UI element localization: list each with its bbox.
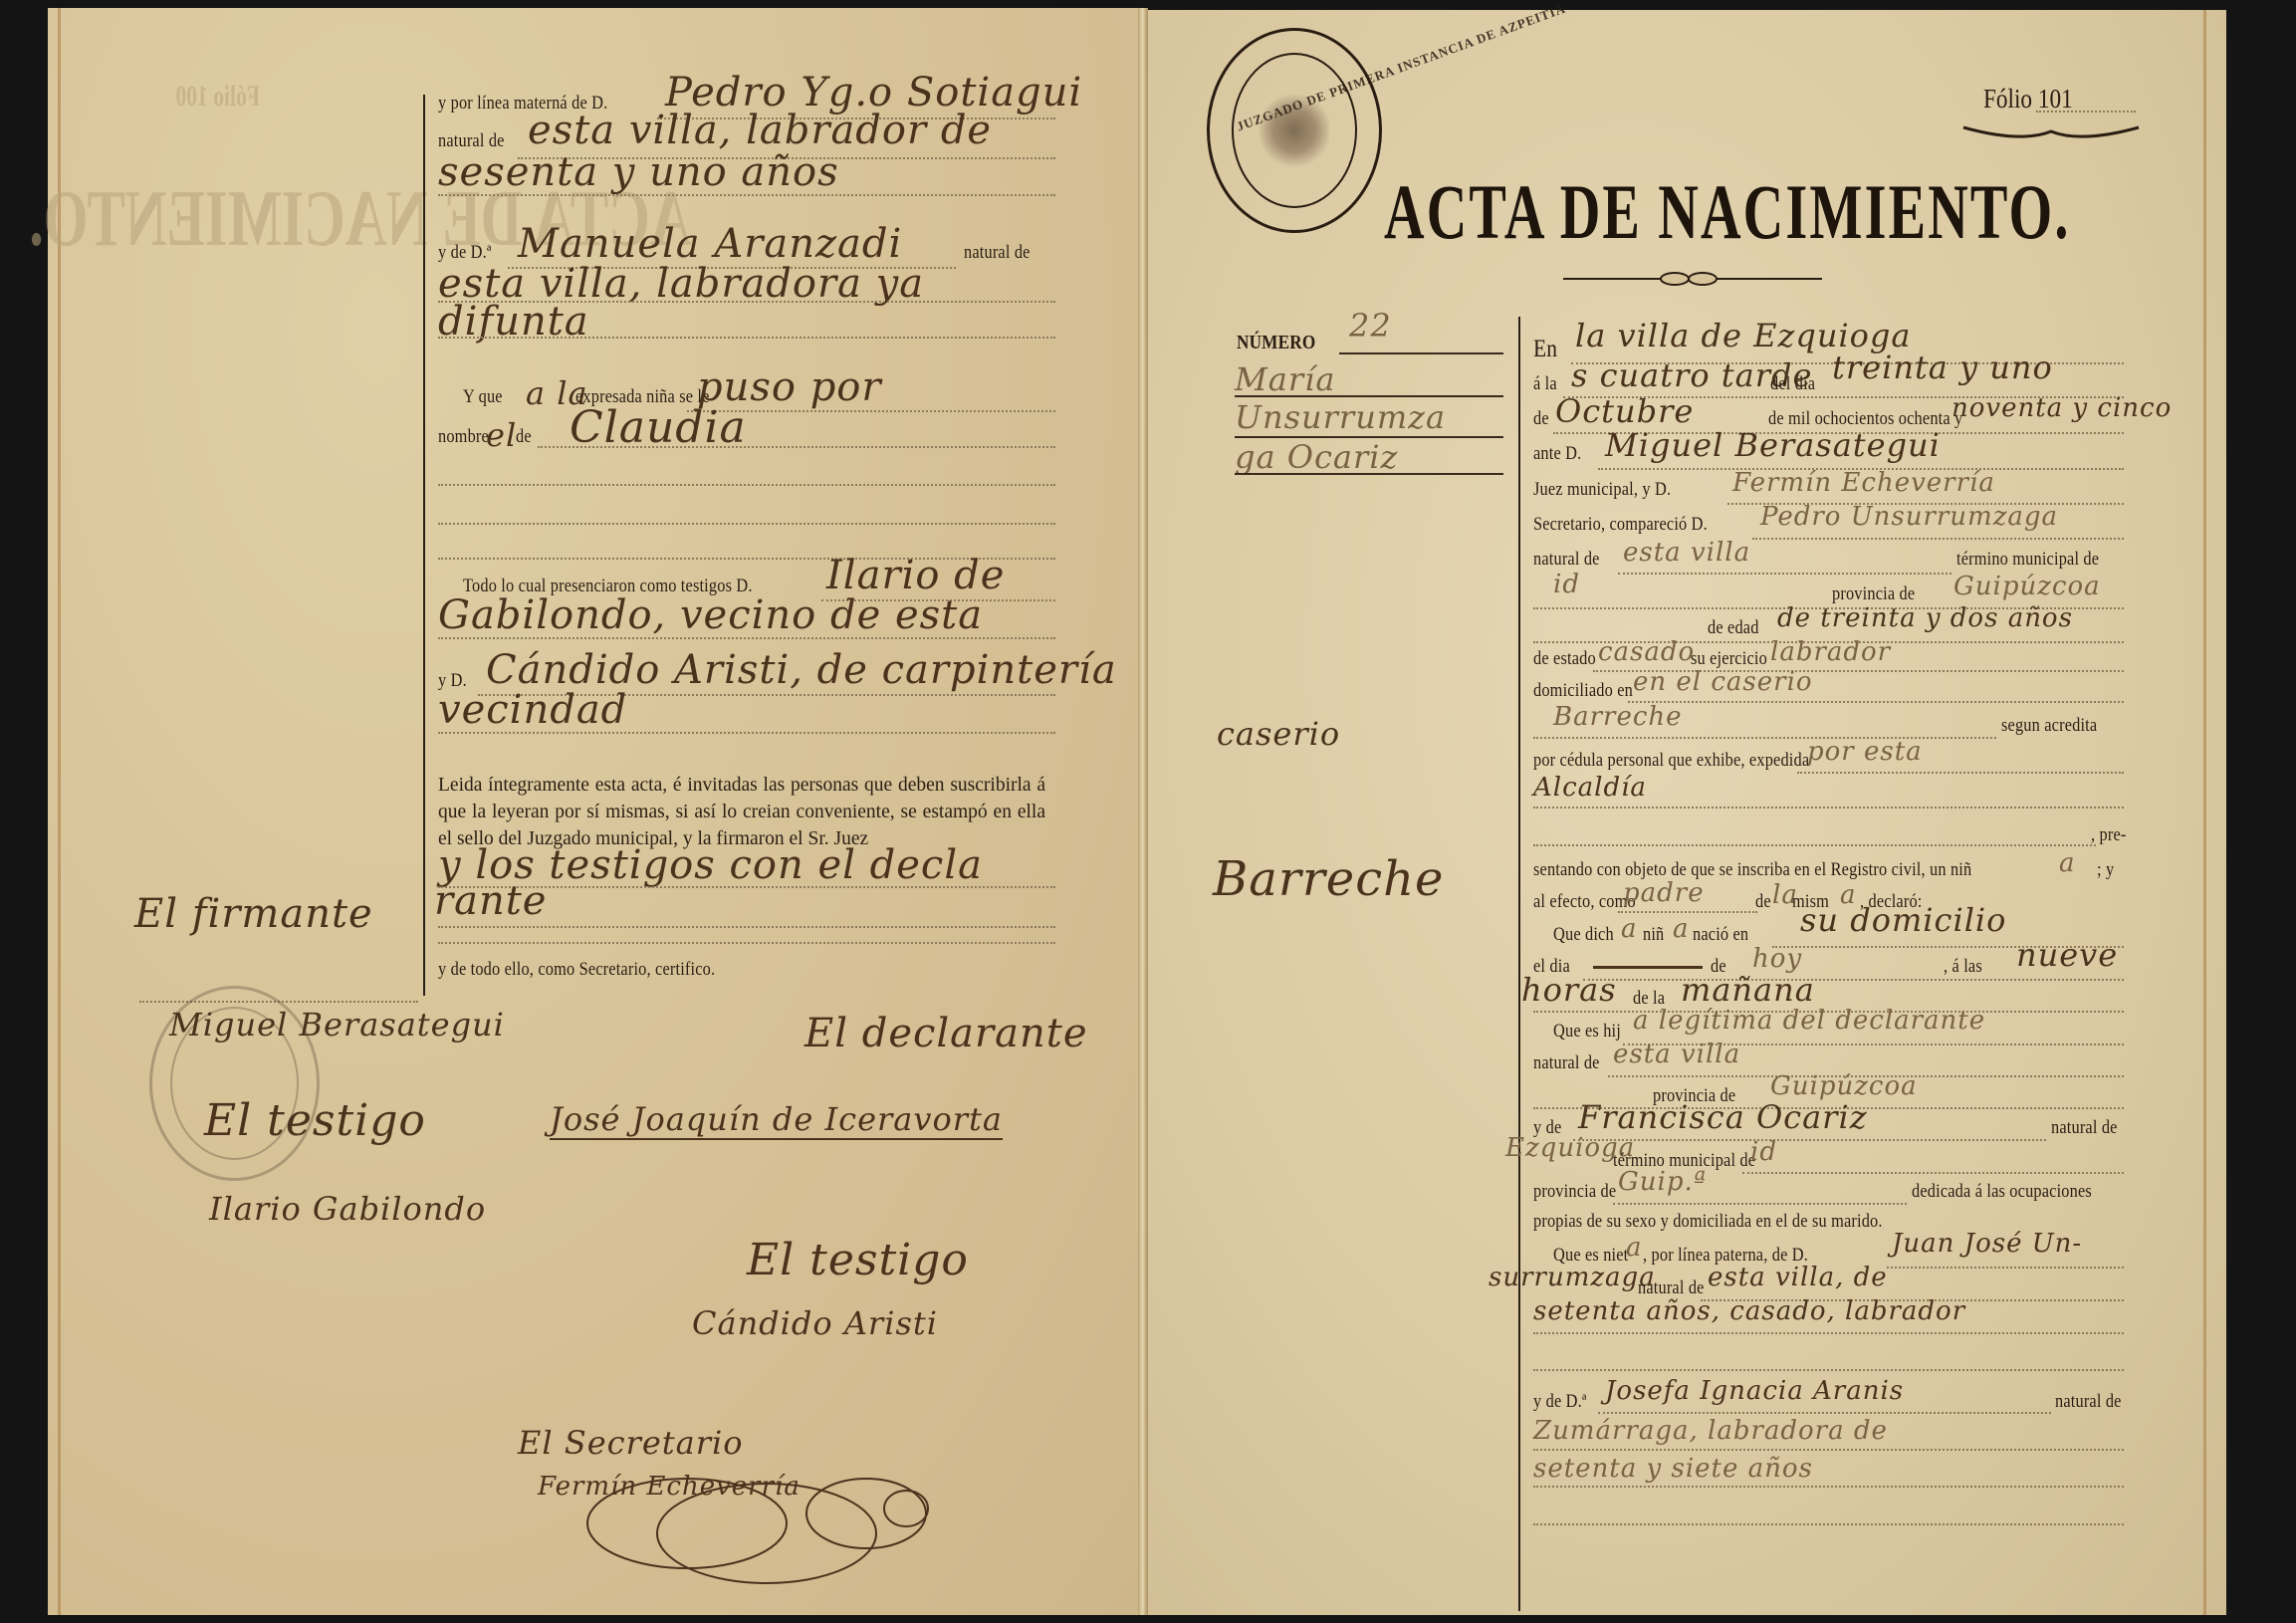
hours-word: horas (1521, 971, 1617, 1009)
label-termino: término municipal de (1956, 549, 2099, 571)
dotted-line (1533, 1486, 2124, 1488)
dotted-line (438, 926, 1055, 928)
label-al-efecto: al efecto, como (1533, 891, 1636, 913)
underline (1235, 395, 1503, 397)
label-numero: NÚMERO (1237, 332, 1315, 354)
dotted-line (1533, 1369, 2124, 1371)
hour-of-birth: nueve (2016, 936, 2118, 974)
dotted-line (438, 732, 1055, 734)
underline (1339, 352, 1503, 354)
dotted-line (2036, 111, 2136, 113)
label-dedicada: dedicada á las ocupaciones (1912, 1181, 2092, 1203)
dotted-line (1742, 1172, 2124, 1174)
month-value: Octubre (1555, 392, 1694, 430)
mother-province: Guip.ª (1618, 1167, 1707, 1197)
dotted-line (438, 194, 1055, 196)
marital-status: casado (1598, 637, 1695, 667)
label-natural: natural de (1533, 1052, 1600, 1074)
label-segun-acredita: segun acredita (2001, 715, 2097, 737)
time-of-day: mañana (1681, 971, 1815, 1009)
label-nin: niñ (1643, 924, 1664, 946)
paternal-grandfather-surname: surrumzaga (1489, 1263, 1656, 1292)
secretary-name: Fermín Echeverría (1732, 468, 1995, 498)
label-en: En (1533, 336, 1557, 363)
witness-name-2: Ilario Gabilondo (209, 1190, 486, 1228)
dotted-line (1533, 1523, 2124, 1525)
margin-signature: El firmante (134, 891, 373, 937)
dotted-line (1613, 1203, 1907, 1205)
document-title: ACTA DE NACIMIENTO. (1384, 167, 2071, 257)
label-provincia: provincia de (1533, 1181, 1616, 1203)
gender-suffix: a (2059, 848, 2076, 878)
column-rule (423, 95, 425, 996)
father-province: Guipúzcoa (1770, 1071, 1918, 1101)
municipality-value: id (1553, 570, 1580, 599)
dotted-line (1533, 1449, 2124, 1451)
label-natural-de: natural de (2055, 1391, 2122, 1413)
occupation: labrador (1770, 637, 1891, 667)
dotted-line (1533, 807, 2124, 809)
father-origin: esta villa (1613, 1040, 1740, 1069)
domicile-value: en el caserio (1633, 667, 1813, 697)
book-gutter (1138, 8, 1148, 1615)
label-domiciliado: domiciliado en (1533, 680, 1633, 702)
mother-name: Francisca Ocariz (1578, 1098, 1868, 1136)
label-nacio-en: nació en (1693, 924, 1748, 946)
declarant-name: Pedro Unsurrumzaga (1760, 502, 2058, 532)
label-de: de (1533, 408, 1549, 430)
paternal-grandfather-details: setenta años, casado, labrador (1533, 1296, 1965, 1326)
judge-name: Miguel Berasategui (1605, 426, 1941, 464)
mother-municipality: id (1750, 1137, 1777, 1167)
witness-signature-1: José Joaquín de Iceravorta (550, 1100, 1003, 1140)
paternal-grandmother: Josefa Ignacia Aranis (1605, 1376, 1904, 1406)
maternal-grandfather-origin: esta villa, labrador de (528, 108, 992, 153)
dotted-line (438, 337, 1055, 339)
dotted-line (1533, 844, 2096, 846)
paternal-grandfather-origin: esta villa, de (1708, 1263, 1888, 1292)
margin-note-barreche: Barreche (1213, 851, 1444, 907)
gender-suffix: a (1673, 914, 1690, 944)
label-presentando: sentando con objeto de que se inscriba e… (1533, 859, 1971, 881)
dotted-line (1752, 538, 2124, 540)
column-rule (1518, 317, 1520, 1611)
label-edad: de edad (1708, 617, 1759, 639)
age-value: de treinta y dos años (1777, 603, 2073, 633)
witness1-surname: Gabilondo, vecino de esta (438, 592, 983, 638)
child-name-line-2: Unsurrumza (1235, 398, 1446, 436)
label-secretario: Secretario, compareció D. (1533, 514, 1708, 536)
paternal-grandmother-origin: Zumárraga, labradora de (1533, 1416, 1888, 1446)
label-nombre: nombre (438, 426, 489, 448)
label-y-que: Y que (463, 386, 503, 408)
paternal-grandfather: Juan José Un- (1892, 1229, 2082, 1259)
label-y-de-da: y de D.ª (1533, 1391, 1587, 1413)
label-a-la: á la (1533, 373, 1557, 395)
dotted-line (1533, 737, 1996, 739)
witness-label-1: El testigo (204, 1095, 426, 1146)
dotted-line (1887, 1267, 2124, 1269)
ornament-flourish (1961, 121, 2141, 143)
label-estado: de estado (1533, 648, 1596, 670)
dotted-line (1598, 1412, 2051, 1414)
label-provincia: provincia de (1832, 583, 1915, 605)
title-ornament (1563, 269, 1822, 289)
year-value: noventa y cinco (1952, 393, 2172, 423)
label-del-dia: del dia (1770, 373, 1815, 395)
child-name-line-1: María (1235, 360, 1335, 398)
witness-label-2: El testigo (747, 1235, 969, 1285)
show-through-folio: Fólio 100 (175, 80, 260, 114)
declarant-label: El declarante (804, 1011, 1088, 1056)
label-a-las: , á las (1944, 956, 1982, 978)
dotted-line (1573, 1139, 2046, 1141)
juzgado-seal (1207, 28, 1382, 233)
maternal-grandfather-age: sesenta y uno años (438, 149, 839, 195)
folio-label-text: Fólio (1983, 84, 2032, 114)
filiation-value: a legítima del declarante (1633, 1006, 1985, 1036)
label-cedula: por cédula personal que exhibe, expedida (1533, 750, 1809, 772)
dotted-line (1618, 911, 1757, 913)
child-name-line-3: ga Ocariz (1235, 438, 1398, 476)
label-natural-de: natural de (2051, 1117, 2118, 1139)
label-ante: ante D. (1533, 443, 1581, 465)
gender-suffix: a (1626, 1233, 1643, 1263)
dotted-line (538, 446, 1055, 448)
dotted-line (1628, 701, 2124, 703)
farmhouse-value: Barreche (1553, 702, 1683, 732)
record-number: 22 (1349, 307, 1392, 345)
day-of-birth: hoy (1752, 944, 1802, 974)
page-edge (2203, 10, 2206, 1615)
relation-value: padre (1623, 878, 1705, 908)
label-natural: natural de (964, 242, 1031, 264)
certify-text: y de todo ello, como Secretario, certifi… (438, 959, 715, 981)
rubric-flourish (538, 1454, 956, 1613)
label-que-es-hij: Que es hij (1553, 1021, 1621, 1043)
dotted-line (1533, 1332, 2124, 1334)
strikethrough (1593, 966, 1703, 969)
label-de: de (516, 426, 532, 448)
cedula-issuer-2: Alcaldía (1533, 773, 1647, 803)
ink-el: el (486, 416, 517, 454)
declarant-origin: esta villa (1623, 538, 1750, 568)
dotted-line (438, 637, 1055, 639)
label-propias: propias de su sexo y domiciliada en el d… (1533, 1211, 1883, 1233)
dotted-line (438, 484, 1055, 486)
label-de: de (1755, 891, 1771, 913)
folio-number: 101 (2038, 84, 2073, 114)
witness2-vecindad: vecindad (438, 687, 627, 733)
dotted-line (438, 523, 1055, 525)
label-que-dich: Que dich (1553, 924, 1614, 946)
label-juez: Juez municipal, y D. (1533, 479, 1671, 501)
paternal-grandmother-age: setenta y siete años (1533, 1454, 1813, 1484)
dotted-line (1583, 979, 2124, 981)
margin-note-caserio: caserio (1217, 715, 1340, 753)
label-natural: natural de (1533, 549, 1600, 571)
underline (1235, 473, 1503, 475)
province-value: Guipúzcoa (1953, 572, 2101, 601)
label-y: ; y (2097, 859, 2114, 881)
label-pre: , pre- (2091, 824, 2127, 846)
gender-suffix: a (1621, 914, 1638, 944)
dotted-line (1618, 573, 1952, 575)
cedula-issuer: por esta (1807, 737, 1923, 767)
closing-ink-2: rante (434, 878, 547, 924)
closing-paragraph: Leida íntegramente esta acta, é invitada… (438, 772, 1045, 852)
judge-signature: Miguel Berasategui (169, 1006, 505, 1043)
birthplace-value: su domicilio (1800, 901, 2006, 939)
dotted-line (1797, 772, 2124, 774)
day-value: treinta y uno (1832, 348, 2053, 386)
witness-signature-2: Cándido Aristi (692, 1304, 938, 1342)
dotted-line (438, 942, 1055, 944)
